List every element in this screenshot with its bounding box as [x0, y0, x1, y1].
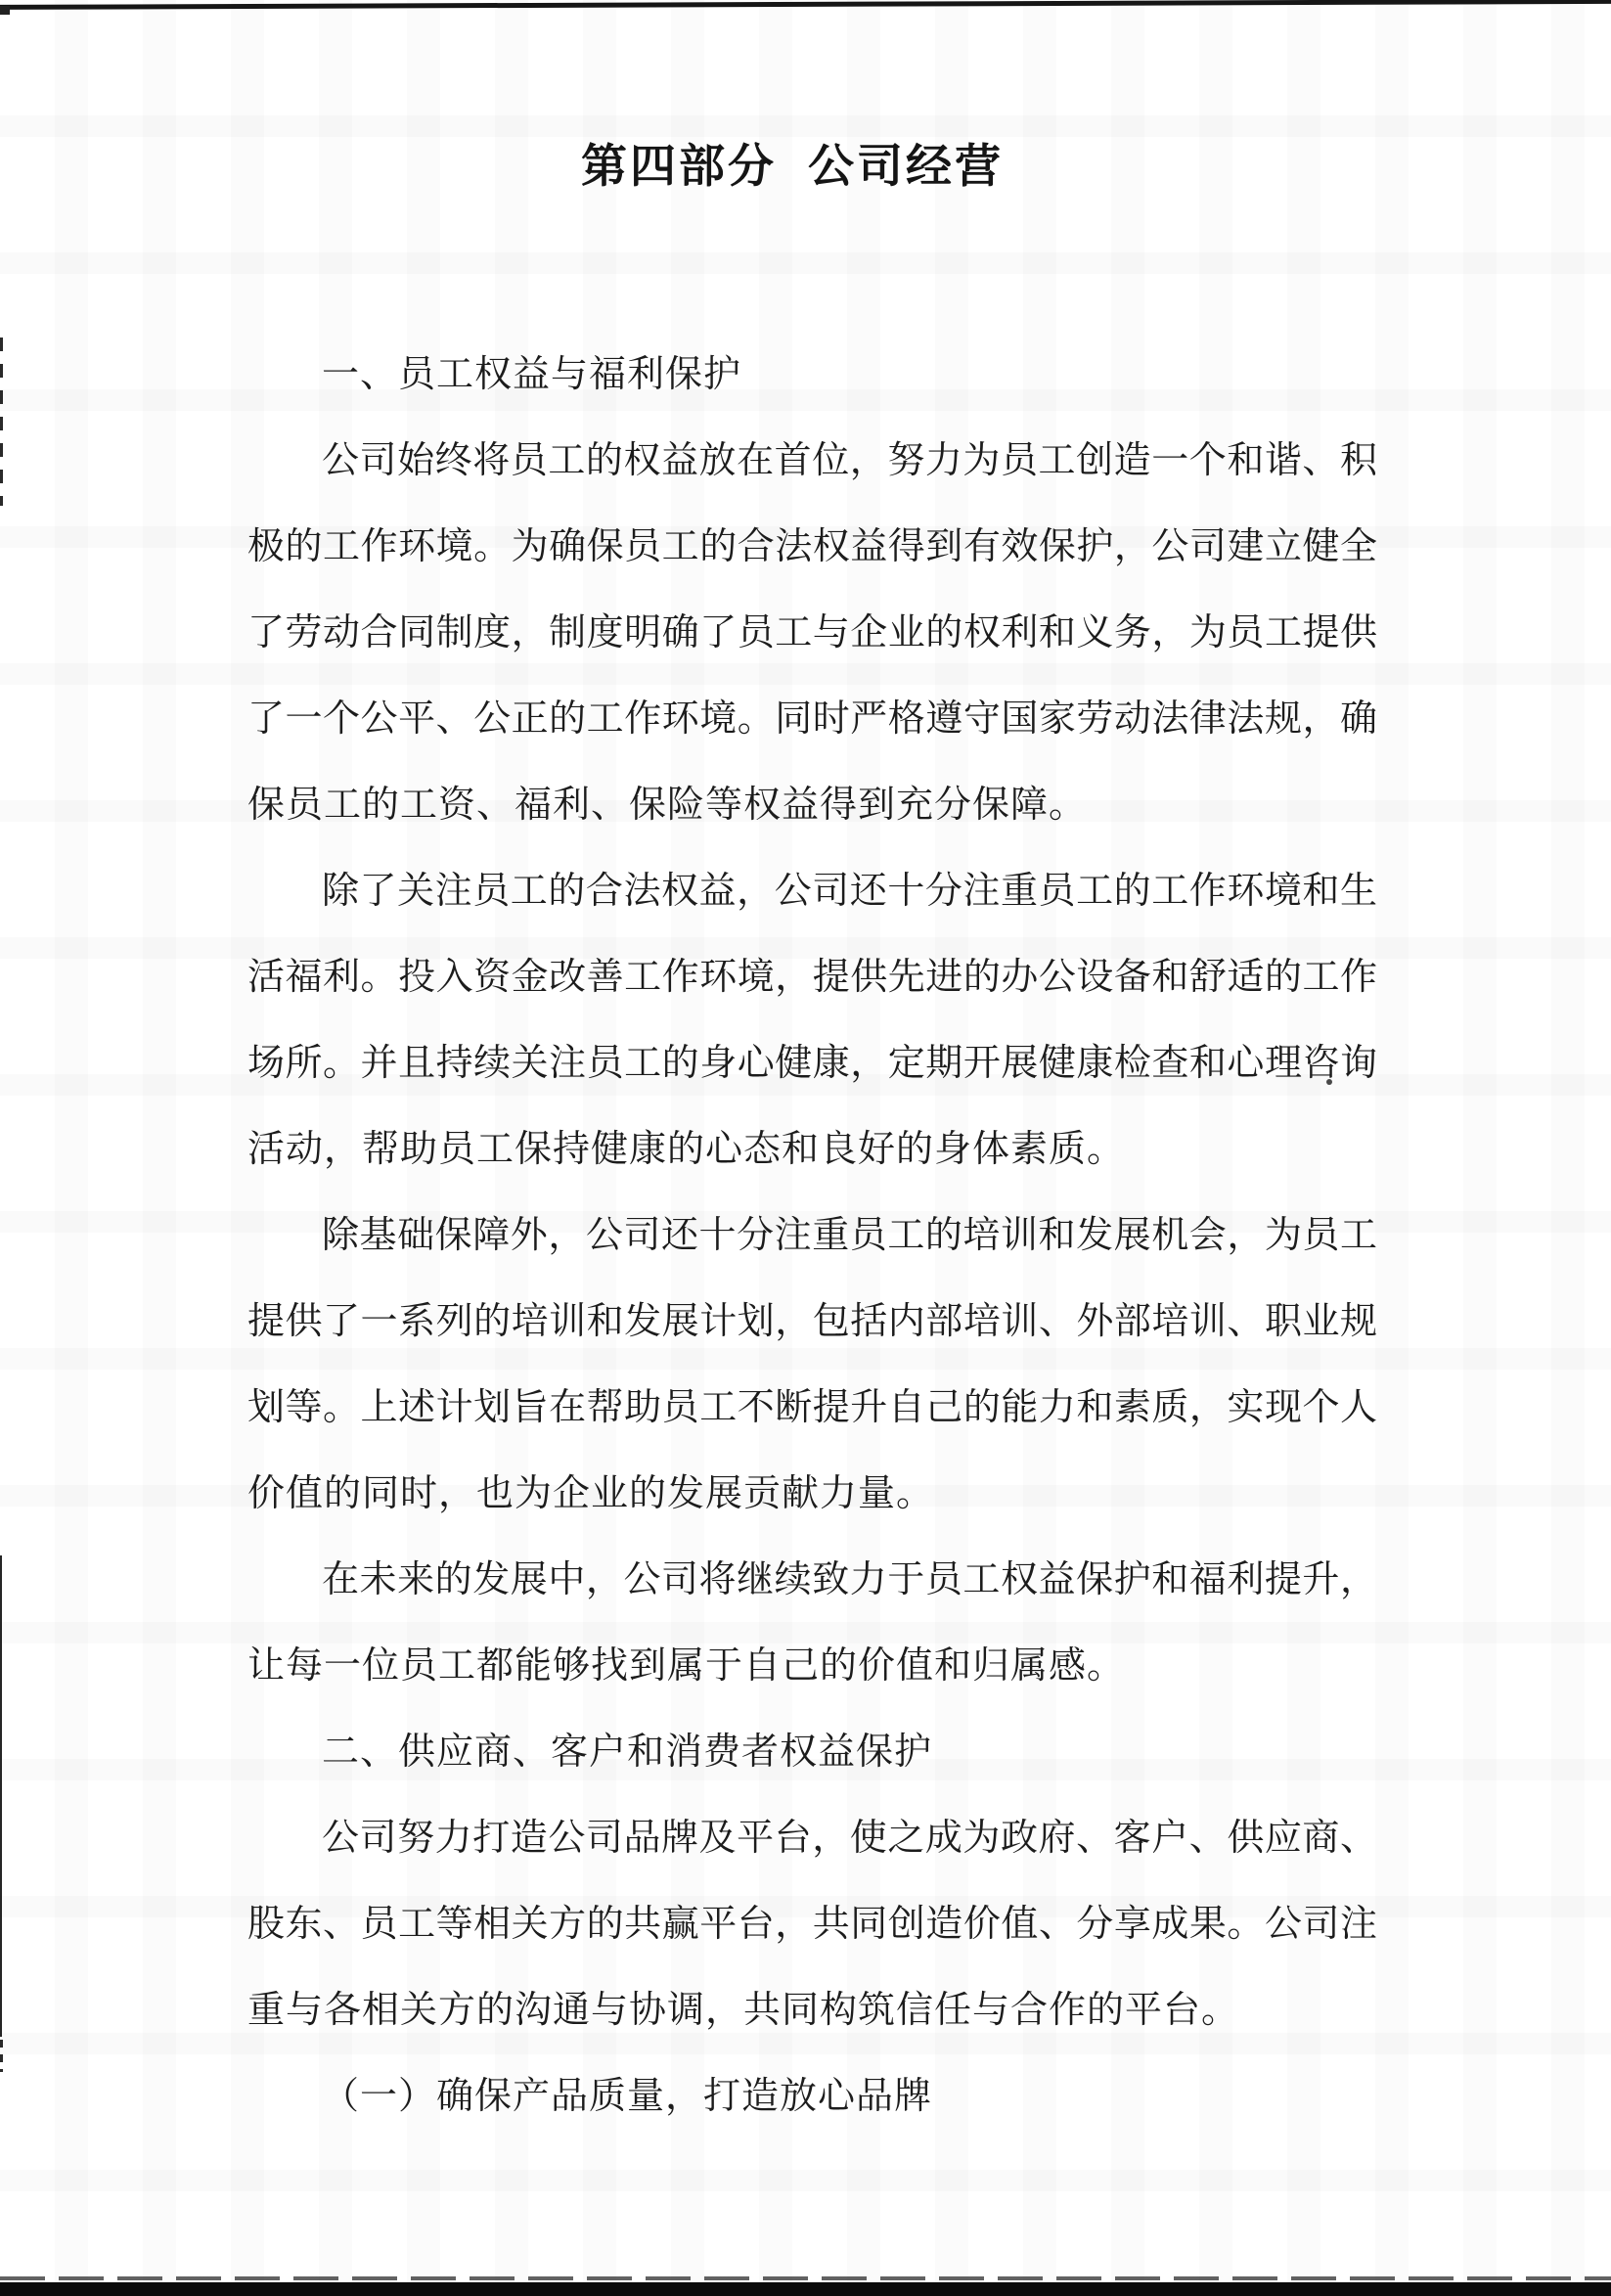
- scan-artifact-top-line: [0, 0, 1611, 10]
- text-body: 一、员工权益与福利保护公司始终将员工的权益放在首位，努力为员工创造一个和谐、积极…: [247, 332, 1377, 2139]
- text-line: 了劳动合同制度，制度明确了员工与企业的权利和义务，为员工提供: [247, 590, 1377, 676]
- section-heading: 一、员工权益与福利保护: [247, 332, 1377, 418]
- text-line: 除了关注员工的合法权益，公司还十分注重员工的工作环境和生: [247, 848, 1377, 934]
- section-heading: 二、供应商、客户和消费者权益保护: [247, 1709, 1377, 1795]
- scan-artifact-left-dashes-lower: [0, 2040, 3, 2072]
- scan-artifact-dot: [1326, 1079, 1332, 1085]
- text-line: 极的工作环境。为确保员工的合法权益得到有效保护，公司建立健全: [247, 504, 1377, 590]
- text-line: 保员工的工资、福利、保险等权益得到充分保障。: [247, 762, 1377, 848]
- text-line: 在未来的发展中，公司将继续致力于员工权益保护和福利提升，: [247, 1537, 1377, 1623]
- text-line: 公司始终将员工的权益放在首位，努力为员工创造一个和谐、积: [247, 418, 1377, 504]
- text-line: 让每一位员工都能够找到属于自己的价值和归属感。: [247, 1623, 1377, 1709]
- scan-artifact-left-edge-line: [0, 1555, 2, 2037]
- text-line: 除基础保障外，公司还十分注重员工的培训和发展机会，为员工: [247, 1193, 1377, 1279]
- scan-artifact-left-dashes-upper: [0, 338, 3, 506]
- text-line: 股东、员工等相关方的共赢平台，共同创造价值、分享成果。公司注: [247, 1881, 1377, 1967]
- section-heading: （一）确保产品质量，打造放心品牌: [247, 2053, 1377, 2139]
- text-line: 了一个公平、公正的工作环境。同时严格遵守国家劳动法律法规，确: [247, 676, 1377, 762]
- scanned-document-page: 第四部分 公司经营 一、员工权益与福利保护公司始终将员工的权益放在首位，努力为员…: [0, 0, 1611, 2296]
- scan-artifact-bottom-bar: [0, 2282, 1611, 2296]
- text-line: 划等。上述计划旨在帮助员工不断提升自己的能力和素质，实现个人: [247, 1365, 1377, 1451]
- text-line: 重与各相关方的沟通与协调，共同构筑信任与合作的平台。: [247, 1967, 1377, 2053]
- text-line: 场所。并且持续关注员工的身心健康，定期开展健康检查和心理咨询: [247, 1020, 1377, 1106]
- text-line: 提供了一系列的培训和发展计划，包括内部培训、外部培训、职业规: [247, 1279, 1377, 1365]
- text-line: 公司努力打造公司品牌及平台，使之成为政府、客户、供应商、: [247, 1795, 1377, 1881]
- page-title: 第四部分 公司经营: [0, 130, 1585, 196]
- scan-artifact-top-left-tick: [0, 6, 10, 15]
- text-line: 活福利。投入资金改善工作环境，提供先进的办公设备和舒适的工作: [247, 934, 1377, 1020]
- text-line: 活动，帮助员工保持健康的心态和良好的身体素质。: [247, 1106, 1377, 1193]
- text-line: 价值的同时，也为企业的发展贡献力量。: [247, 1451, 1377, 1537]
- scan-artifact-bottom-noise: [0, 2276, 1611, 2280]
